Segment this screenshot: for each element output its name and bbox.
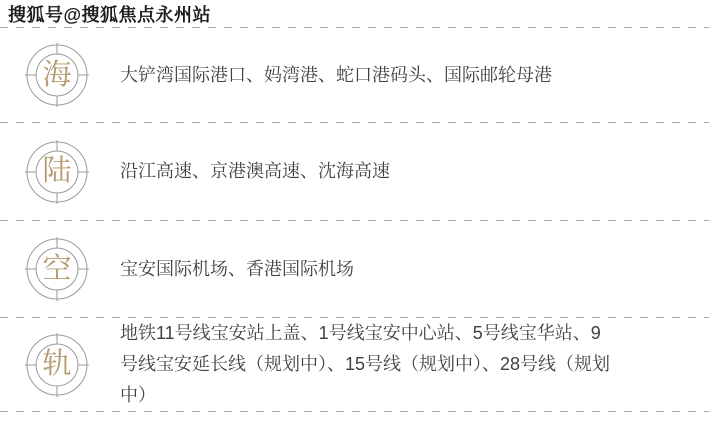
- air-icon: 空: [24, 236, 90, 302]
- sea-icon-label: 海: [24, 42, 90, 108]
- sea-icon: 海: [24, 42, 90, 108]
- land-description: 沿江高速、京港澳高速、沈海高速: [120, 156, 612, 187]
- sea-description: 大铲湾国际港口、妈湾港、蛇口港码头、国际邮轮母港: [120, 60, 612, 91]
- rail-icon-label: 轨: [24, 332, 90, 398]
- rail-icon: 轨: [24, 332, 90, 398]
- transport-row-rail: 轨 地铁11号线宝安站上盖、1号线宝安中心站、5号线宝华站、9号线宝安延长线（规…: [0, 318, 709, 411]
- sohu-watermark: 搜狐号@搜狐焦点永州站: [8, 1, 211, 27]
- transport-row-sea: 海 大铲湾国际港口、妈湾港、蛇口港码头、国际邮轮母港: [0, 28, 709, 122]
- rail-description: 地铁11号线宝安站上盖、1号线宝安中心站、5号线宝华站、9号线宝安延长线（规划中…: [120, 318, 612, 411]
- transport-row-air: 空 宝安国际机场、香港国际机场: [0, 221, 709, 317]
- land-icon-label: 陆: [24, 139, 90, 205]
- air-description: 宝安国际机场、香港国际机场: [120, 254, 612, 285]
- land-icon: 陆: [24, 139, 90, 205]
- dashed-divider: [0, 411, 709, 412]
- transport-row-land: 陆 沿江高速、京港澳高速、沈海高速: [0, 123, 709, 220]
- air-icon-label: 空: [24, 236, 90, 302]
- article-transport-infographic: 搜狐号@搜狐焦点永州站 海 大铲湾国际港口、妈湾港、蛇口港码头、国际邮轮母港: [0, 0, 709, 445]
- watermark-bar: 搜狐号@搜狐焦点永州站: [0, 0, 709, 27]
